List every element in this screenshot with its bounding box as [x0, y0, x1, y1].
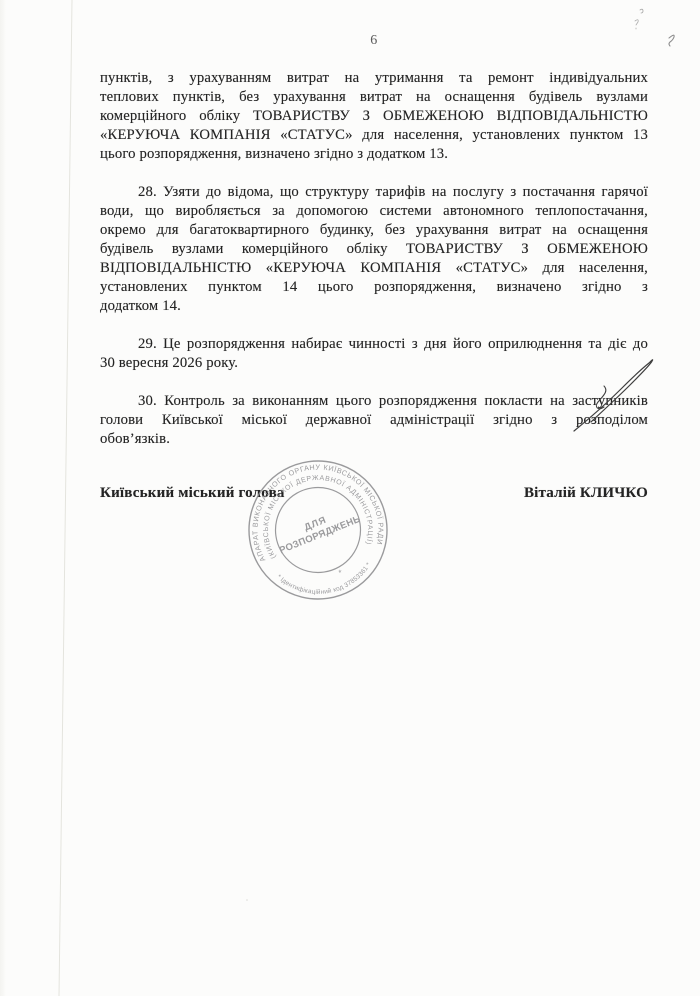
paragraph: 30. Контроль за виконанням цього розпоря…	[100, 392, 648, 449]
document-content: пунктів, з урахуванням витрат на утриман…	[100, 69, 648, 503]
paragraph: 29. Це розпорядження набирає чинності з …	[100, 335, 648, 373]
text-line: «КЕРУЮЧА КОМПАНІЯ «СТАТУС» для населення…	[100, 126, 648, 145]
paragraph: пунктів, з урахуванням витрат на утриман…	[100, 69, 648, 164]
text-line: води, що виробляється за допомогою систе…	[100, 202, 648, 221]
text-line: цього розпорядження, визначено згідно з …	[100, 145, 648, 164]
scan-speck	[669, 35, 674, 46]
scan-speck	[640, 9, 643, 13]
scan-speck	[246, 899, 248, 901]
text-line: обов’язків.	[100, 430, 648, 449]
scanned-document-page: 6 пунктів, з урахуванням витрат на утрим…	[0, 0, 700, 996]
page-number: 6	[100, 33, 648, 49]
stamp-outer-bottom-text: * Ідентифікаційний код 37853361 *	[275, 560, 376, 602]
text-line: додатком 14.	[100, 297, 648, 316]
signature-row: Київський міський голова Віталій КЛИЧКО	[100, 484, 648, 503]
text-line: ВІДПОВІДАЛЬНІСТЮ «КЕРУЮЧА КОМПАНІЯ «СТАТ…	[100, 259, 648, 278]
text-line: окремо для багатоквартирного будинку, бе…	[100, 221, 648, 240]
text-line: установлених пунктом 14 цього розпорядже…	[100, 278, 648, 297]
stamp-inner-star: *	[338, 568, 342, 577]
document-body: пунктів, з урахуванням витрат на утриман…	[100, 69, 648, 449]
stamp-center-line2: РОЗПОРЯДЖЕНЬ	[278, 514, 362, 557]
stamp-center-line1: ДЛЯ	[303, 515, 329, 534]
paragraph: 28. Узяти до відома, що структуру тарифі…	[100, 183, 648, 316]
signatory-name: Віталій КЛИЧКО	[524, 484, 648, 503]
text-line: будівель вузлами комерційного обліку ТОВ…	[100, 240, 648, 259]
text-line: 28. Узяти до відома, що структуру тарифі…	[100, 183, 648, 202]
text-line: пунктів, з урахуванням витрат на утриман…	[100, 69, 648, 88]
text-line: теплових пунктів, без урахування витрат …	[100, 88, 648, 107]
text-line: 30. Контроль за виконанням цього розпоря…	[100, 392, 648, 411]
text-line: голови Київської міської державної адмін…	[100, 411, 648, 430]
text-line: 30 вересня 2026 року.	[100, 354, 648, 373]
text-line: комерційного обліку ТОВАРИСТВУ З ОБМЕЖЕН…	[100, 107, 648, 126]
scan-speck	[635, 20, 638, 29]
text-line: 29. Це розпорядження набирає чинності з …	[100, 335, 648, 354]
scan-fold-line	[59, 0, 72, 996]
signatory-title: Київський міський голова	[100, 484, 285, 503]
